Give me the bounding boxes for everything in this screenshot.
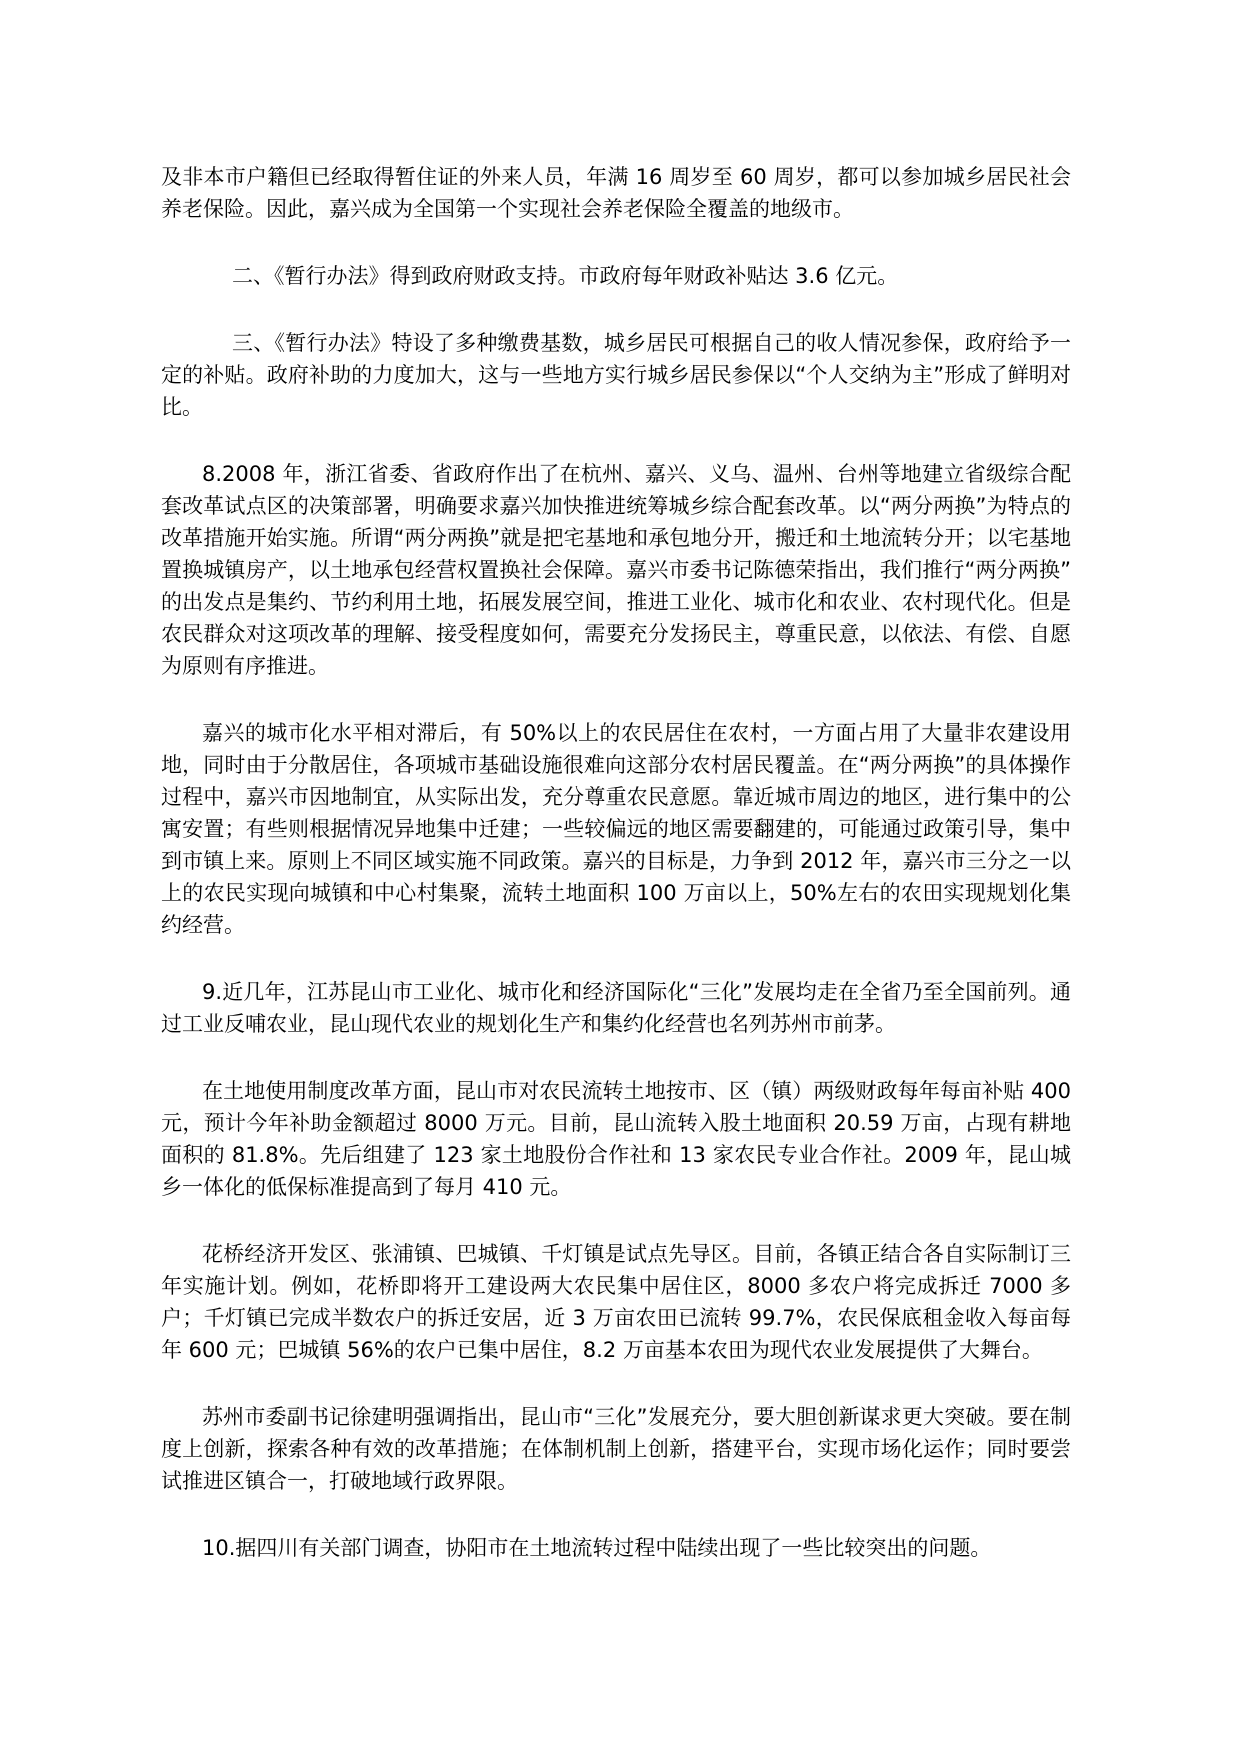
document-body: 及非本市户籍但已经取得暂住证的外来人员，年满 16 周岁至 60 周岁，都可以参… [161,161,1071,1564]
paragraph: 在土地使用制度改革方面，昆山市对农民流转土地按市、区（镇）两级财政每年每亩补贴 … [161,1075,1071,1203]
paragraph: 8.2008 年，浙江省委、省政府作出了在杭州、嘉兴、义乌、温州、台州等地建立省… [161,458,1071,682]
paragraph: 9.近几年，江苏昆山市工业化、城市化和经济国际化“三化”发展均走在全省乃至全国前… [161,976,1071,1040]
paragraph: 三、《暂行办法》特设了多种缴费基数，城乡居民可根据自己的收人情况参保，政府给予一… [161,327,1071,423]
paragraph: 二、《暂行办法》得到政府财政支持。市政府每年财政补贴达 3.6 亿元。 [161,260,1071,292]
paragraph: 及非本市户籍但已经取得暂住证的外来人员，年满 16 周岁至 60 周岁，都可以参… [161,161,1071,225]
paragraph: 苏州市委副书记徐建明强调指出，昆山市“三化”发展充分，要大胆创新谋求更大突破。要… [161,1401,1071,1497]
document-page: 及非本市户籍但已经取得暂住证的外来人员，年满 16 周岁至 60 周岁，都可以参… [0,0,1240,1754]
paragraph: 花桥经济开发区、张浦镇、巴城镇、千灯镇是试点先导区。目前，各镇正结合各自实际制订… [161,1238,1071,1366]
paragraph: 嘉兴的城市化水平相对滞后，有 50%以上的农民居住在农村，一方面占用了大量非农建… [161,717,1071,941]
paragraph: 10.据四川有关部门调查，协阳市在土地流转过程中陆续出现了一些比较突出的问题。 [161,1532,1071,1564]
